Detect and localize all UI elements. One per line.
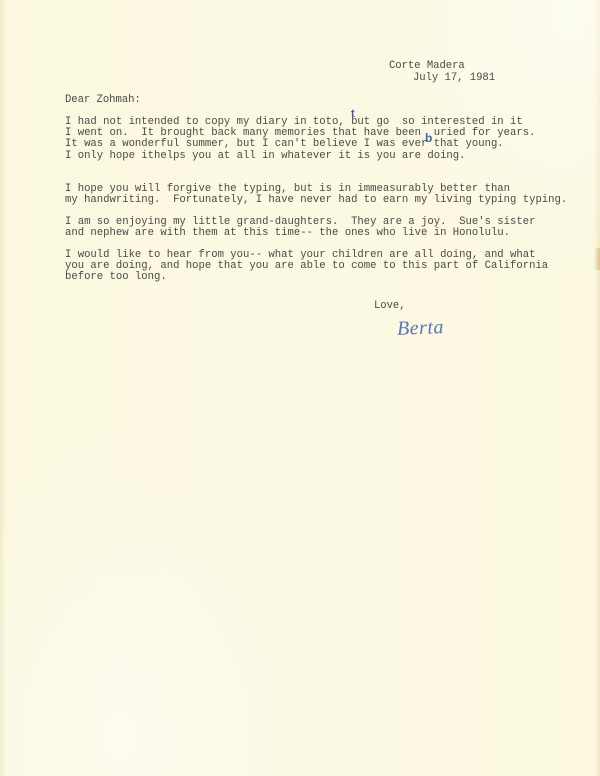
paragraph-2: I hope you will forgive the typing, but … [65,184,567,206]
letter-closing: Love, [374,301,406,312]
paragraph-line: before too long. [65,272,548,283]
paragraph-line: and nephew are with them at this time-- … [65,228,535,239]
paragraph-line: I only hope ithelps you at all in whatev… [65,151,535,162]
letter-place: Corte Madera [389,61,465,72]
paragraph-line: It was a wonderful summer, but I can't b… [65,139,535,150]
paragraph-1: I had not intended to copy my diary in t… [65,117,535,162]
handwritten-correction-t: t [351,109,355,120]
paragraph-line: my handwriting. Fortunately, I have neve… [65,195,567,206]
letter-date: July 17, 1981 [413,73,495,84]
paragraph-3: I am so enjoying my little grand-daughte… [65,217,535,239]
letter-salutation: Dear Zohmah: [65,95,141,106]
handwritten-signature: Berta [397,322,444,335]
handwritten-correction-b: b [425,133,432,144]
letter-page: Corte Madera July 17, 1981 Dear Zohmah: … [0,0,600,776]
paper-stain [594,248,600,270]
paragraph-4: I would like to hear from you-- what you… [65,250,548,284]
